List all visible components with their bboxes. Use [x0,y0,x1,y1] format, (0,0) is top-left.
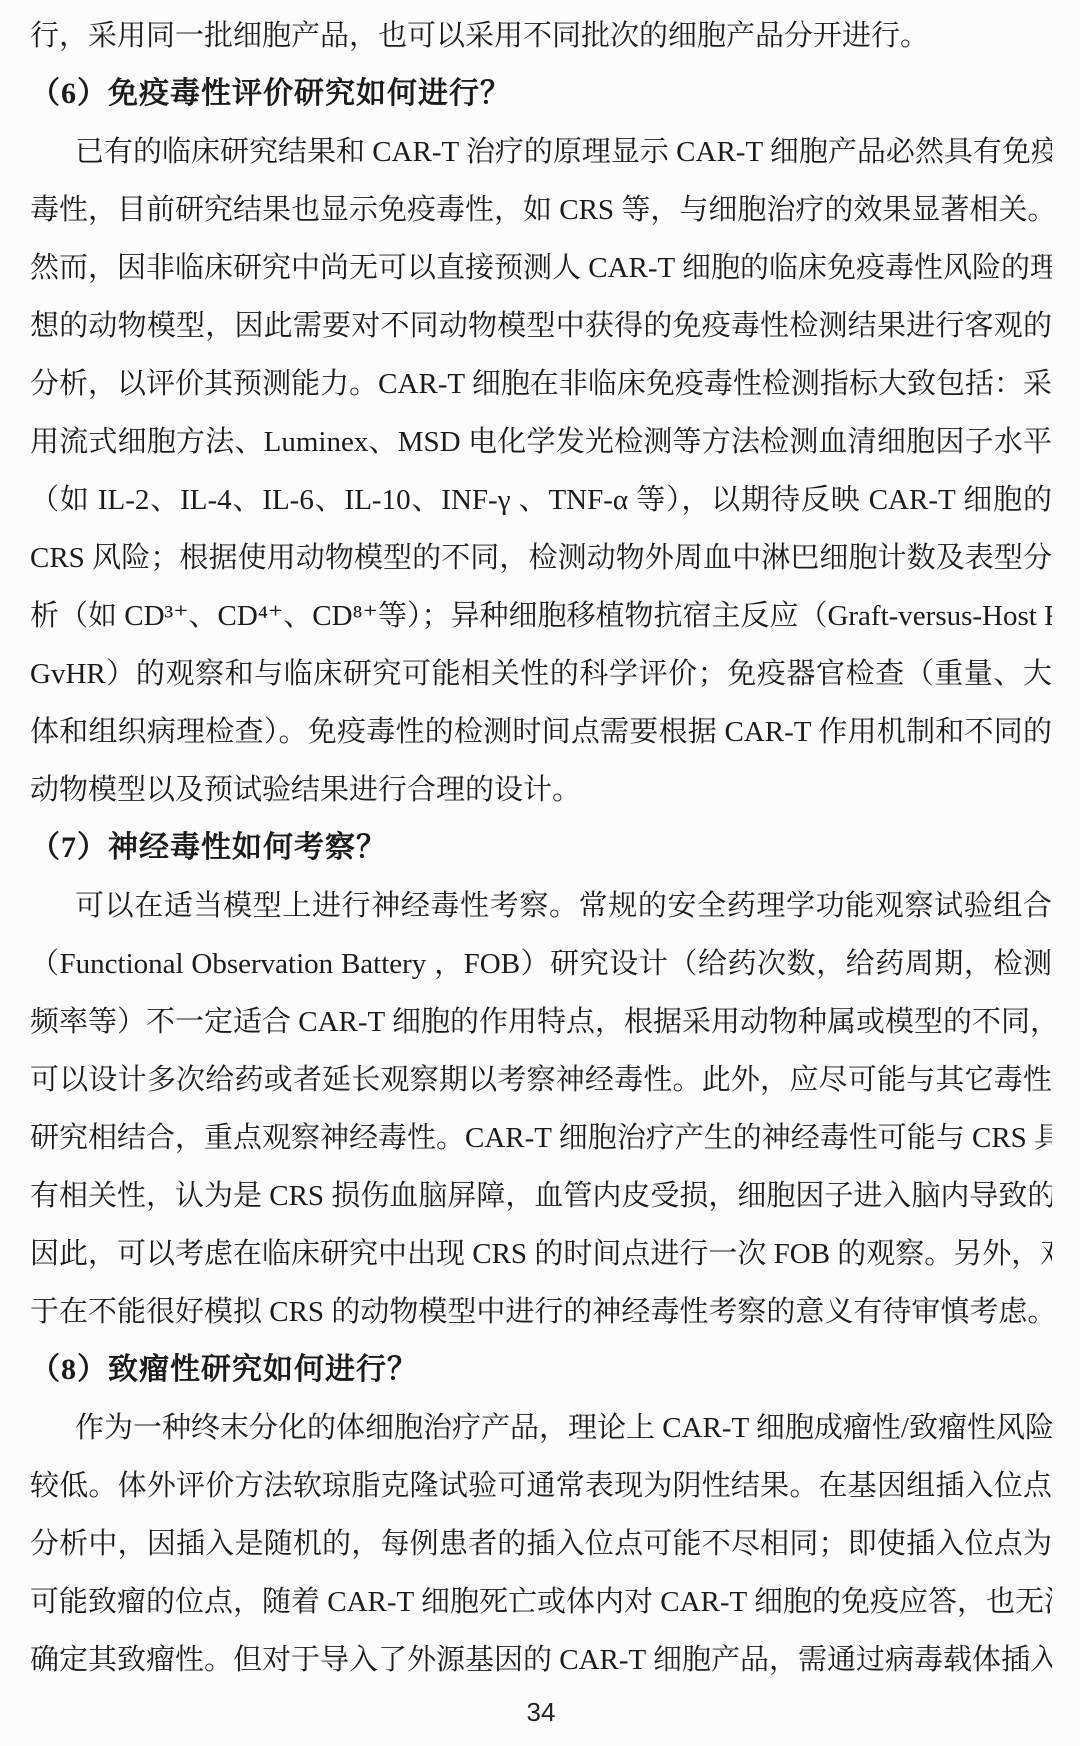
text-line: 作为一种终末分化的体细胞治疗产品，理论上 CAR-T 细胞成瘤性/致瘤性风险 [30,1399,1052,1457]
text-line: 行，采用同一批细胞产品，也可以采用不同批次的细胞产品分开进行。 [30,7,1052,65]
text-line: 然而，因非临床研究中尚无可以直接预测人 CAR-T 细胞的临床免疫毒性风险的理 [30,239,1052,297]
text-line: CRS 风险；根据使用动物模型的不同，检测动物外周血中淋巴细胞计数及表型分 [30,529,1052,587]
section-heading: （8）致瘤性研究如何进行？ [30,1341,1052,1399]
text-line: 于在不能很好模拟 CRS 的动物模型中进行的神经毒性考察的意义有待审慎考虑。 [30,1283,1052,1341]
document-text-body: 行，采用同一批细胞产品，也可以采用不同批次的细胞产品分开进行。（6）免疫毒性评价… [30,7,1052,1689]
text-line: 用流式细胞方法、Luminex、MSD 电化学发光检测等方法检测血清细胞因子水平 [30,413,1052,471]
text-line: 可能致瘤的位点，随着 CAR-T 细胞死亡或体内对 CAR-T 细胞的免疫应答，… [30,1573,1052,1631]
text-line: 析（如 CD³⁺、CD⁴⁺、CD⁸⁺等）；异种细胞移植物抗宿主反应（Graft-… [30,587,1052,645]
section-heading: （6）免疫毒性评价研究如何进行？ [30,65,1052,123]
page-number: 34 [30,1697,1052,1728]
text-line: 确定其致瘤性。但对于导入了外源基因的 CAR-T 细胞产品，需通过病毒载体插入 [30,1631,1052,1689]
text-line: （Functional Observation Battery ，FOB）研究设… [30,935,1052,993]
text-line: 分析中，因插入是随机的，每例患者的插入位点可能不尽相同；即使插入位点为 [30,1515,1052,1573]
text-line: 想的动物模型，因此需要对不同动物模型中获得的免疫毒性检测结果进行客观的 [30,297,1052,355]
text-line: 较低。体外评价方法软琼脂克隆试验可通常表现为阴性结果。在基因组插入位点 [30,1457,1052,1515]
text-line: 有相关性，认为是 CRS 损伤血脑屏障，血管内皮受损，细胞因子进入脑内导致的。 [30,1167,1052,1225]
text-line: （如 IL-2、IL-4、IL-6、IL-10、INF-γ 、TNF-α 等），… [30,471,1052,529]
text-line: 已有的临床研究结果和 CAR-T 治疗的原理显示 CAR-T 细胞产品必然具有免… [30,123,1052,181]
document-page: 行，采用同一批细胞产品，也可以采用不同批次的细胞产品分开进行。（6）免疫毒性评价… [0,0,1080,1746]
text-line: 因此，可以考虑在临床研究中出现 CRS 的时间点进行一次 FOB 的观察。另外，… [30,1225,1052,1283]
text-line: 毒性，目前研究结果也显示免疫毒性，如 CRS 等，与细胞治疗的效果显著相关。 [30,181,1052,239]
text-line: 研究相结合，重点观察神经毒性。CAR-T 细胞治疗产生的神经毒性可能与 CRS … [30,1109,1052,1167]
text-line: 可以设计多次给药或者延长观察期以考察神经毒性。此外，应尽可能与其它毒性 [30,1051,1052,1109]
text-line: 动物模型以及预试验结果进行合理的设计。 [30,761,1052,819]
section-heading: （7）神经毒性如何考察？ [30,819,1052,877]
text-line: 可以在适当模型上进行神经毒性考察。常规的安全药理学功能观察试验组合 [30,877,1052,935]
text-line: 频率等）不一定适合 CAR-T 细胞的作用特点，根据采用动物种属或模型的不同， [30,993,1052,1051]
text-line: 分析，以评价其预测能力。CAR-T 细胞在非临床免疫毒性检测指标大致包括：采 [30,355,1052,413]
text-line: GvHR）的观察和与临床研究可能相关性的科学评价；免疫器官检查（重量、大 [30,645,1052,703]
text-line: 体和组织病理检查）。免疫毒性的检测时间点需要根据 CAR-T 作用机制和不同的 [30,703,1052,761]
